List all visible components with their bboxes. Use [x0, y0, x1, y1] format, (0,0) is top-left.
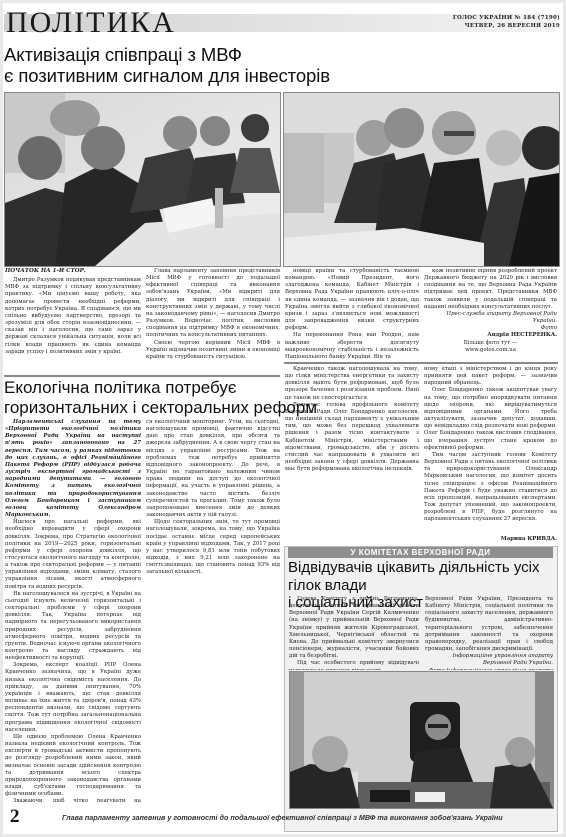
article3-column-1: Голова Комітету з питань Регламенту, деп…	[289, 596, 419, 670]
section-title: ПОЛІТИКА	[6, 8, 176, 38]
article1-headline: Активізація співпраці з МВФ є позитивним…	[4, 44, 330, 86]
page-number: 2	[10, 806, 20, 828]
issue-date: ЧЕТВЕР, 26 ВЕРЕСНЯ 2019	[453, 22, 560, 30]
photo-label: Фото	[424, 325, 557, 332]
article1-column-2: Глава парламенту запевнив представників …	[146, 268, 280, 373]
article2-headline: Екологічна політика потребує горизонталь…	[4, 378, 317, 418]
press-service-credit: Прес-служба апарату Верховної Ради Украї…	[424, 311, 557, 325]
article1-column-3: номіці країни та стурбованість таємною к…	[285, 268, 419, 373]
photo-committee-reception	[289, 671, 554, 809]
article2-lead: Парламентські слухання на тему «Пріорите…	[5, 419, 141, 519]
rubric-band: У КОМІТЕТАХ ВЕРХОВНОЇ РАДИ	[288, 547, 553, 558]
footer-tagline: Глава парламенту запевнив у готовності д…	[62, 813, 503, 822]
more-photos-text: Більше фото тут —	[424, 340, 557, 347]
website-link[interactable]: www.golos.com.ua	[424, 347, 557, 354]
article1-column-4: кож позитивно оцінив розроблений проект …	[424, 268, 557, 373]
article2-column-4: ному етапі з міністерством і до кінця ро…	[424, 366, 557, 540]
issue-info: ГОЛОС УКРАЇНИ № 184 (7190) ЧЕТВЕР, 26 ВЕ…	[453, 14, 560, 30]
photographer-credit: Андрія НЕСТЕРЕНКА.	[424, 332, 557, 339]
photo-credit: Фото Інформаційного управління апарату В…	[425, 668, 553, 670]
continued-kicker: ПОЧАТОК НА 1-Й СТОР.	[5, 268, 141, 275]
info-dept-credit: Інформаційне управління апарату Верховно…	[425, 653, 553, 667]
divider-left	[4, 375, 280, 377]
divider-right	[284, 362, 558, 364]
photo-imf-mission	[283, 92, 560, 267]
newspaper-issue: ГОЛОС УКРАЇНИ № 184 (7190)	[453, 14, 560, 22]
photo-parliament-delegation	[4, 92, 281, 267]
article2-column-2: ся екологічний моніторинг. Утім, на сьог…	[146, 419, 280, 802]
article3-column-2: Верховної Ради України, Президента та Ка…	[425, 596, 553, 670]
article2-column-3: Кравченко також наголошувала на тому, що…	[285, 366, 419, 540]
article2-byline: Марина КРИВДА.	[424, 536, 557, 544]
article2-column-1: Парламентські слухання на тему «Пріорите…	[5, 419, 141, 802]
article1-column-1: ПОЧАТОК НА 1-Й СТОР. Дмитро Разумков под…	[5, 268, 141, 373]
